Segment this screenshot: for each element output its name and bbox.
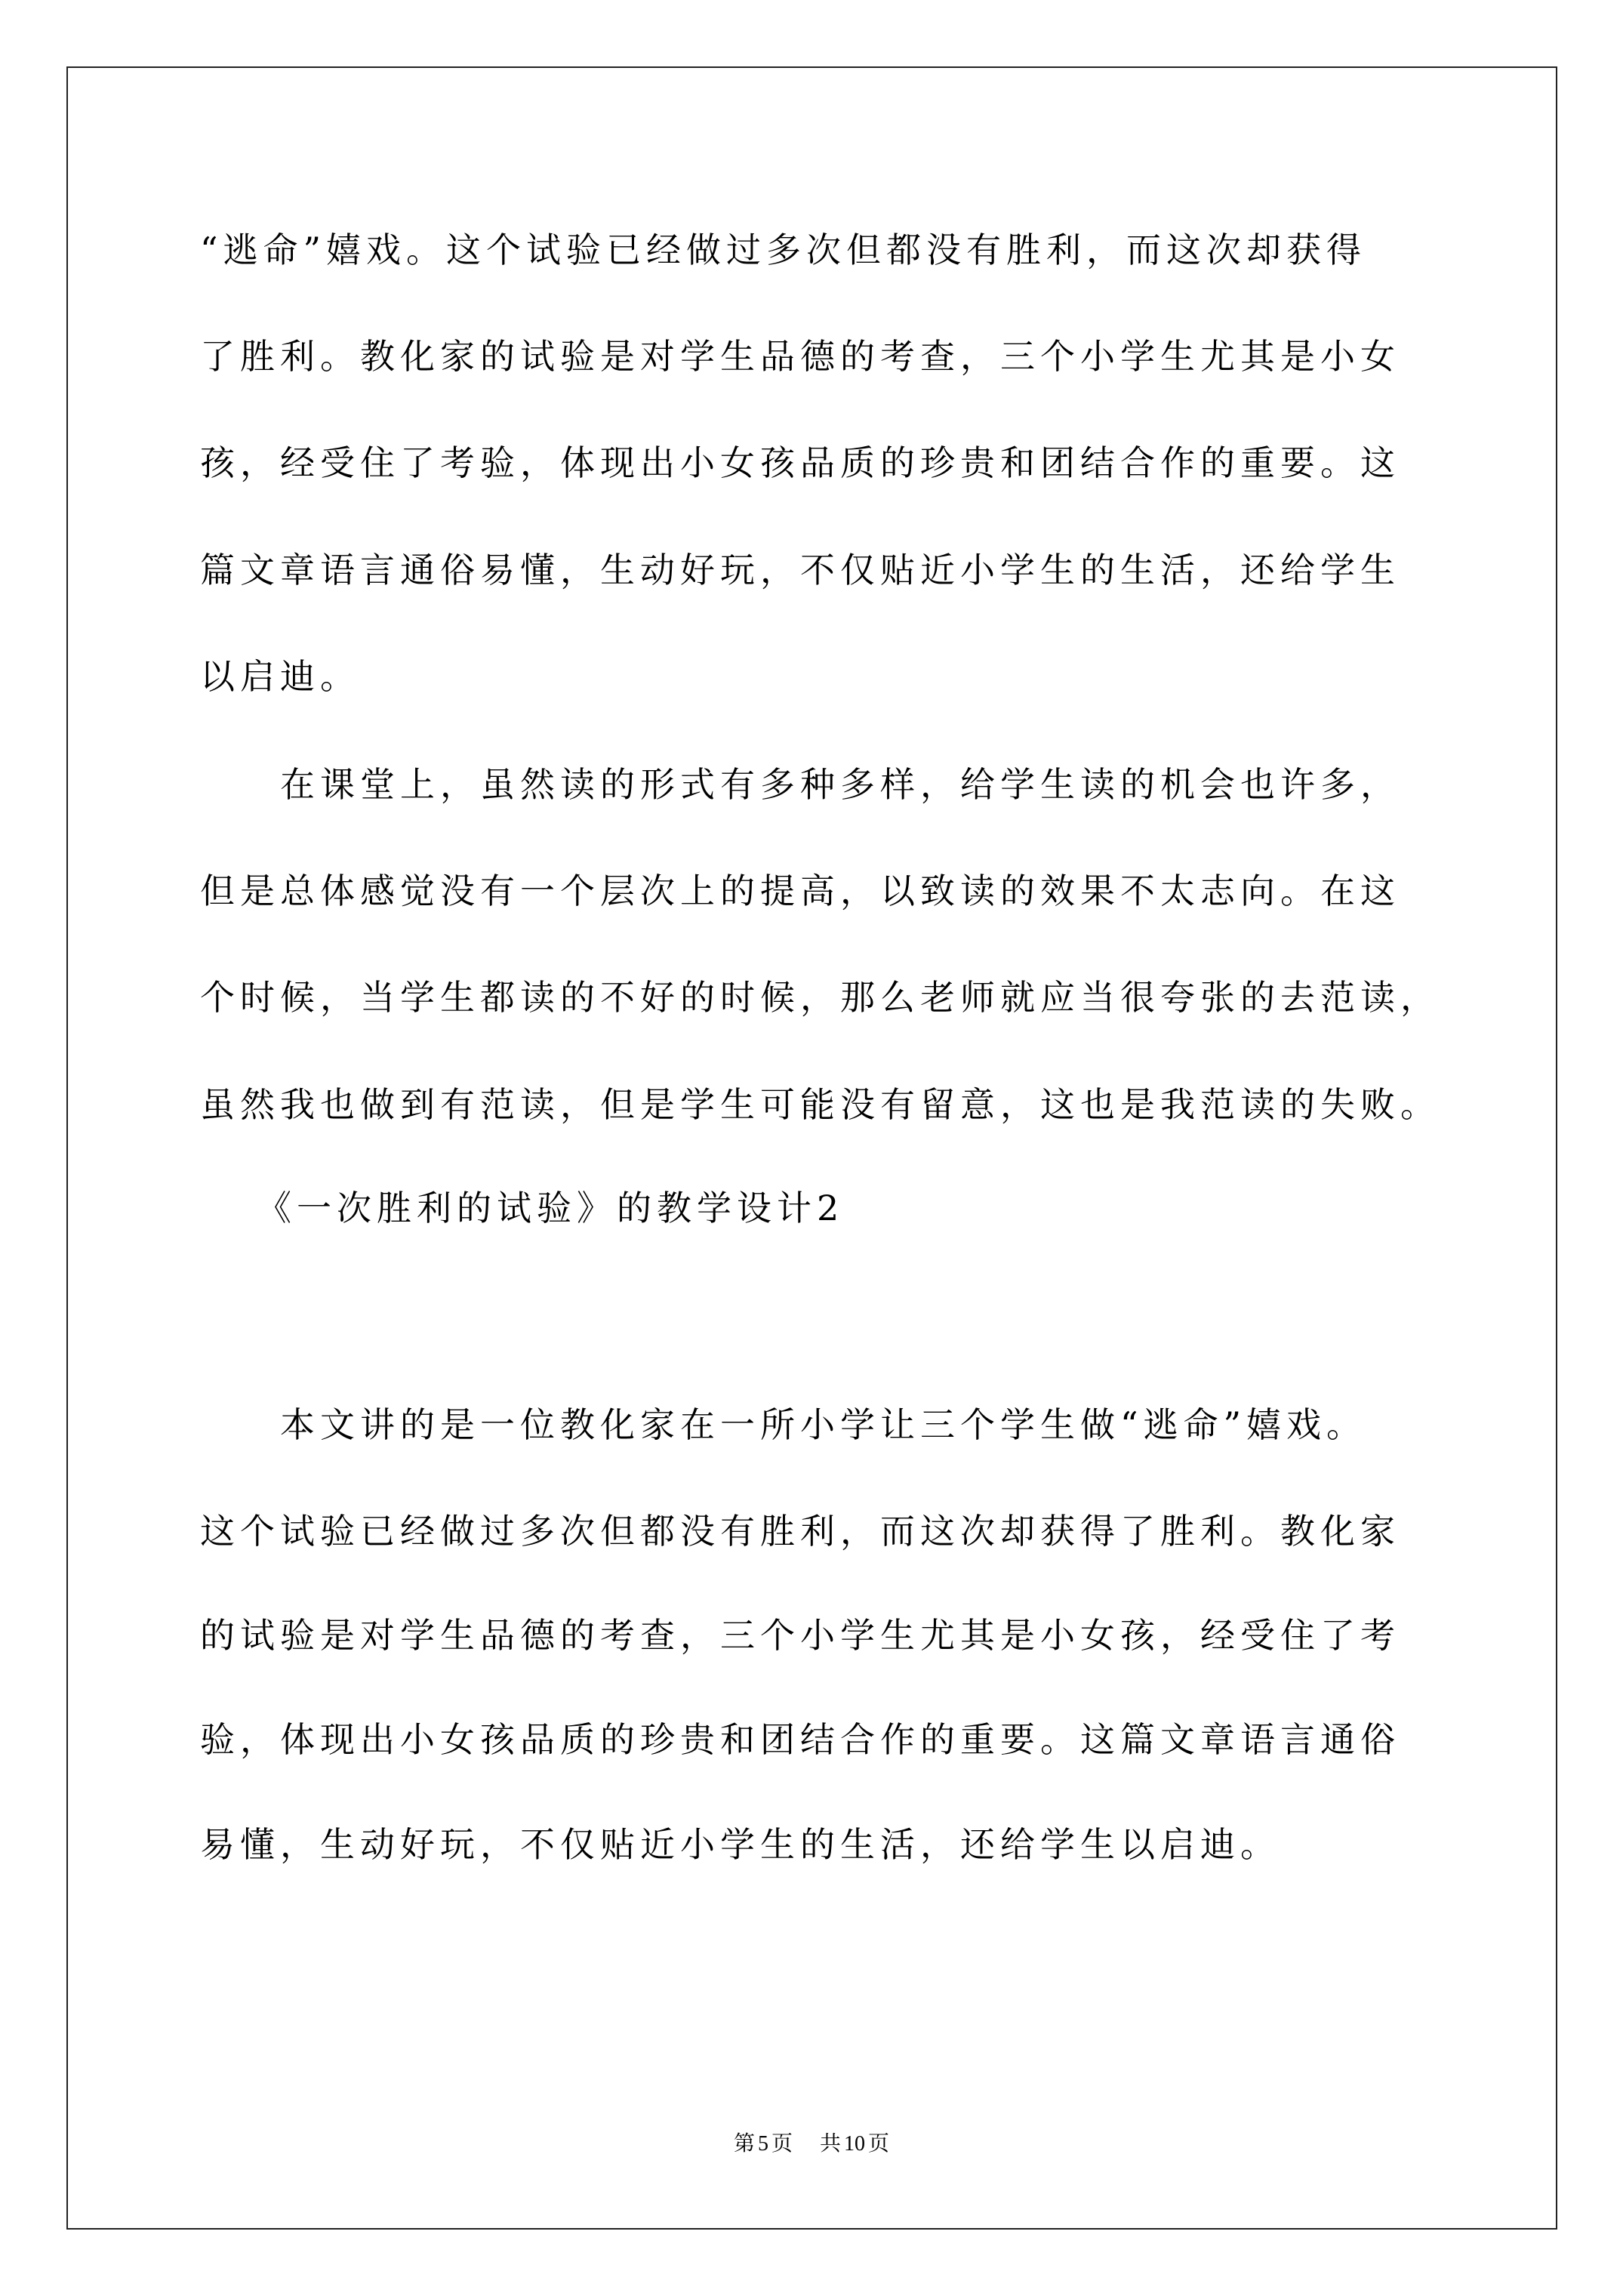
paragraph-1-line-2: 了胜利。教化家的试验是对学生品德的考查，三个小学生尤其是小女 [200, 334, 1400, 379]
paragraph-1-line-1: “逃命”嬉戏。这个试验已经做过多次但都没有胜利，而这次却获得 [200, 227, 1366, 273]
paragraph-2-line-1: 在课堂上，虽然读的形式有多种多样，给学生读的机会也许多， [280, 762, 1400, 807]
paragraph-3-line-5: 易懂，生动好玩，不仅贴近小学生的生活，还给学生以启迪。 [200, 1822, 1280, 1867]
current-page: 5 [758, 2132, 768, 2156]
page-footer: 第5页 共10页 [0, 2131, 1623, 2158]
paragraph-3-line-2: 这个试验已经做过多次但都没有胜利，而这次却获得了胜利。教化家 [200, 1509, 1400, 1554]
total-label-suffix: 页 [868, 2132, 889, 2156]
page-number: 第5页 [732, 2132, 794, 2156]
paragraph-1-line-4: 篇文章语言通俗易懂，生动好玩，不仅贴近小学生的生活，还给学生 [200, 547, 1400, 593]
paragraph-1-line-5: 以启迪。 [200, 654, 360, 699]
paragraph-3-line-1: 本文讲的是一位教化家在一所小学让三个学生做“逃命”嬉戏。 [280, 1402, 1366, 1447]
total-label-prefix: 共 [820, 2132, 841, 2156]
paragraph-3-line-3: 的试验是对学生品德的考查，三个小学生尤其是小女孩，经受住了考 [200, 1613, 1400, 1658]
total-pages-count: 10 [844, 2132, 865, 2156]
paragraph-2-line-4: 虽然我也做到有范读，但是学生可能没有留意，这也是我范读的失败。 [200, 1082, 1440, 1127]
paragraph-2-line-2: 但是总体感觉没有一个层次上的提高，以致读的效果不太志向。在这 [200, 868, 1400, 914]
paragraph-1-line-3: 孩，经受住了考验，体现出小女孩品质的珍贵和团结合作的重要。这 [200, 440, 1400, 485]
paragraph-2-line-3: 个时候，当学生都读的不好的时候，那么老师就应当很夸张的去范读， [200, 975, 1440, 1020]
section-heading: 《一次胜利的试验》的教学设计2 [257, 1185, 844, 1231]
page-label-suffix: 页 [771, 2132, 793, 2156]
page-frame [66, 66, 1557, 2230]
total-pages: 共10页 [818, 2132, 891, 2156]
paragraph-3-line-4: 验，体现出小女孩品质的珍贵和团结合作的重要。这篇文章语言通俗 [200, 1717, 1400, 1762]
page-label-prefix: 第 [734, 2132, 755, 2156]
